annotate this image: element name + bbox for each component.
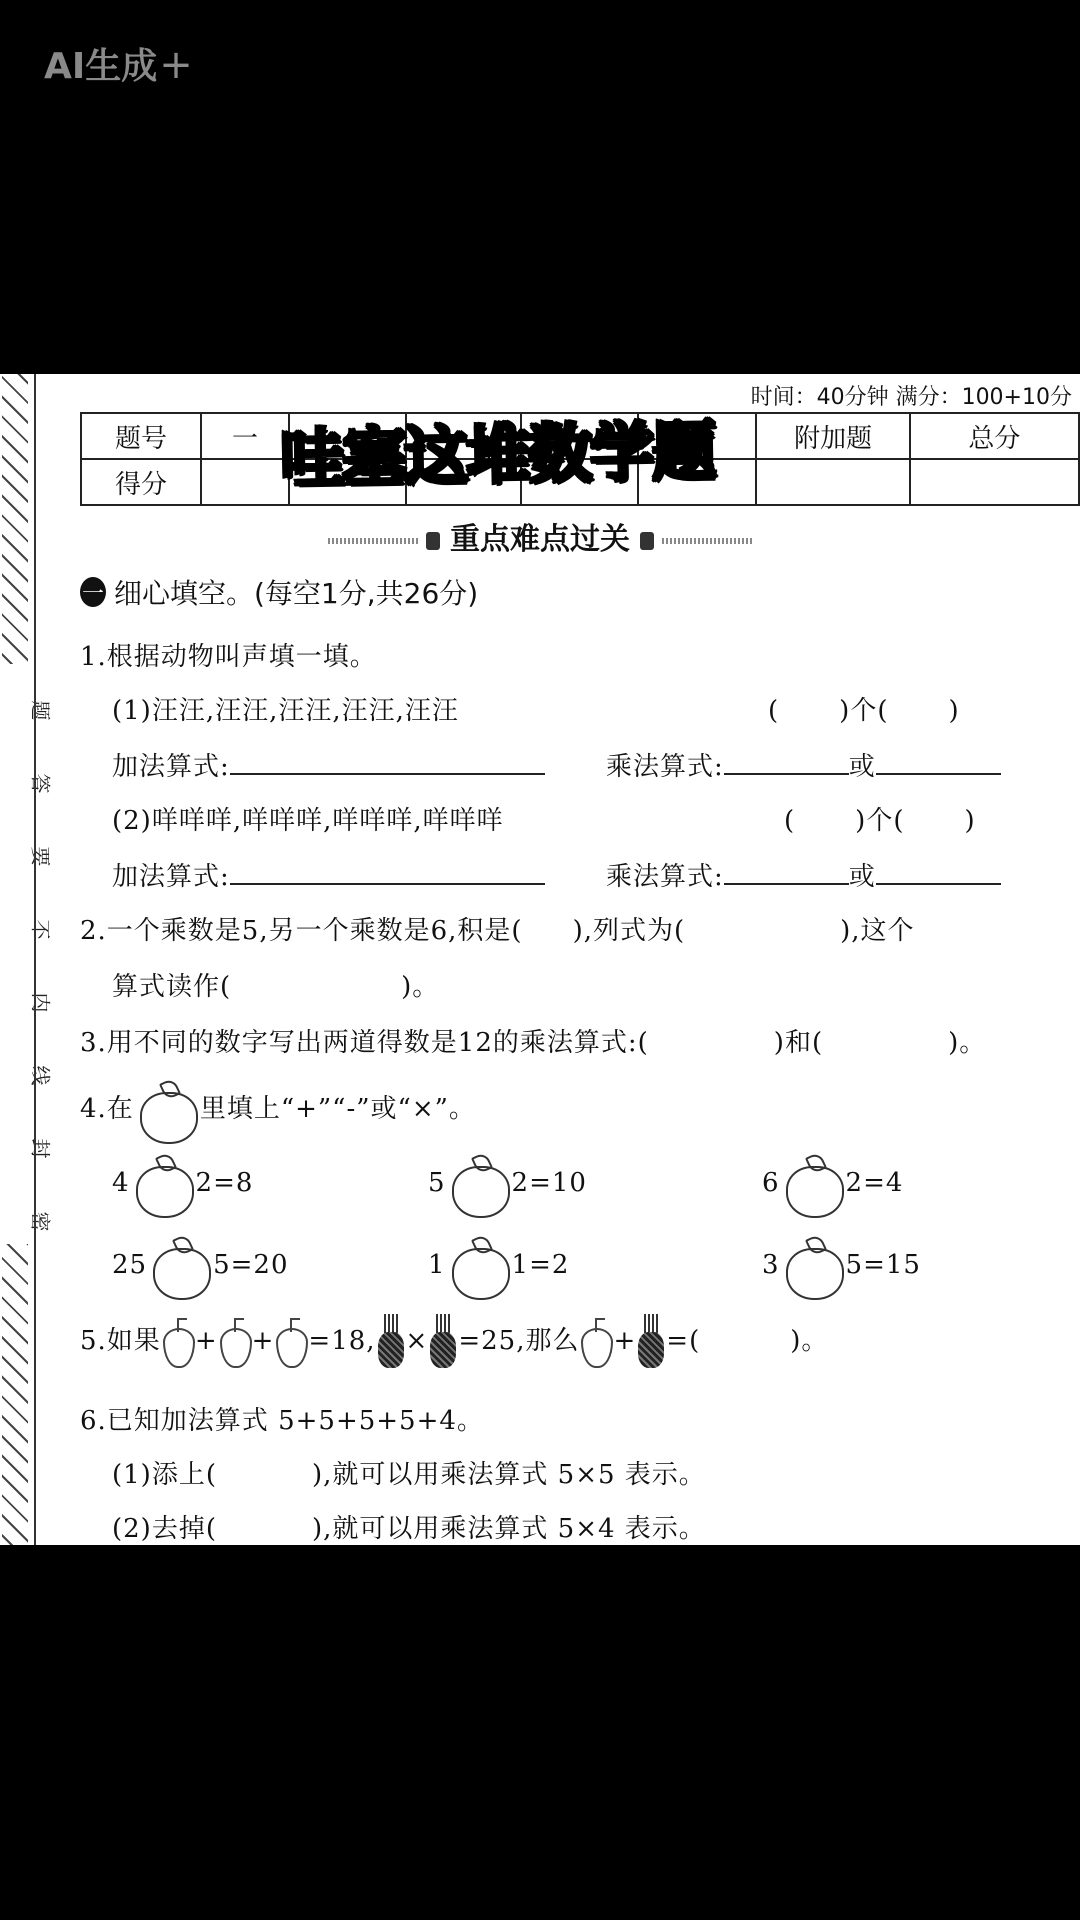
q4-item: 255=20 xyxy=(112,1236,289,1296)
score-cell[interactable] xyxy=(201,459,289,505)
part-number-badge: 一 xyxy=(80,577,106,607)
seal-char: 线 xyxy=(0,1064,53,1088)
q4-item: 62=4 xyxy=(762,1154,903,1214)
question-6-stem: 6.已知加法算式 5+5+5+5+4。 xyxy=(80,1400,484,1437)
seal-char: 答 xyxy=(0,772,53,796)
q1-sub1-answer-group: ()个() xyxy=(768,690,960,727)
multiplication-answer-line[interactable] xyxy=(724,861,849,885)
q1-sub1-multiplication-row: 乘法算式:或 xyxy=(606,746,1001,783)
q2-text: 2.一个乘数是5,另一个乘数是6,积是( xyxy=(80,916,523,946)
seal-char: 不 xyxy=(0,918,53,942)
operand: 2=8 xyxy=(196,1168,254,1198)
seal-char: 题 xyxy=(0,699,53,723)
q4-item: 52=10 xyxy=(428,1154,587,1214)
q2-text: 算式读作( xyxy=(112,972,231,1002)
q3-text: )和( xyxy=(774,1028,823,1058)
multiplication-answer-line[interactable] xyxy=(724,751,849,775)
hatch-decoration xyxy=(2,1244,28,1545)
operand: 25 xyxy=(112,1250,147,1280)
operand: 2=10 xyxy=(512,1168,587,1198)
seal-char: 要 xyxy=(0,845,53,869)
part-heading: 一 细心填空。(每空1分,共26分) xyxy=(80,572,478,612)
pear-icon xyxy=(218,1318,252,1366)
or-label: 或 xyxy=(849,862,876,892)
q4-item: 42=8 xyxy=(112,1154,253,1214)
addition-label: 加法算式: xyxy=(112,862,230,892)
section-banner: 重点难点过关 xyxy=(0,514,1080,558)
score-cell[interactable] xyxy=(910,459,1079,505)
ai-generated-badge: AI生成+ xyxy=(44,38,193,89)
multiplication-answer-line[interactable] xyxy=(876,861,1001,885)
q4-item: 11=2 xyxy=(428,1236,569,1296)
addition-answer-line[interactable] xyxy=(230,861,545,885)
q6-text: ),就可以用乘法算式 5×5 表示。 xyxy=(312,1460,706,1490)
question-1-stem: 1.根据动物叫声填一填。 xyxy=(80,636,377,673)
or-label: 或 xyxy=(849,752,876,782)
section-title: 重点难点过关 xyxy=(450,522,630,557)
exam-paper: 题 答 要 不 内 线 封 密 时间：40分钟 满分：100+10分 题号 一 … xyxy=(0,374,1080,1545)
seal-line-text: 题 答 要 不 内 线 封 密 xyxy=(4,674,28,1258)
addition-label: 加法算式: xyxy=(112,752,230,782)
gear-ornament-icon xyxy=(640,532,654,550)
apple-answer-slot[interactable] xyxy=(450,1236,508,1296)
operand: 4 xyxy=(112,1168,130,1198)
q1-sub2-answer-group: ()个() xyxy=(784,800,976,837)
q4-text: 4.在 xyxy=(80,1094,134,1124)
column-header: 附加题 xyxy=(756,413,909,459)
sparkle-icon: + xyxy=(159,42,193,88)
q2-text: ),这个 xyxy=(840,916,914,946)
q6-text: (2)去掉( xyxy=(112,1514,217,1544)
operand: 1=2 xyxy=(512,1250,570,1280)
q1-sub2-addition-row: 加法算式: xyxy=(112,856,545,893)
apple-answer-slot[interactable] xyxy=(450,1154,508,1214)
apple-answer-slot[interactable] xyxy=(784,1236,842,1296)
pear-icon xyxy=(274,1318,308,1366)
column-header: 一 xyxy=(201,413,289,459)
multiplication-answer-line[interactable] xyxy=(876,751,1001,775)
pear-icon xyxy=(161,1318,195,1366)
q4-text: 里填上“+”“-”或“×”。 xyxy=(200,1094,476,1124)
badge-label: AI生成 xyxy=(44,46,157,87)
score-cell[interactable] xyxy=(756,459,909,505)
q5-text: =18, xyxy=(308,1326,375,1356)
dotted-line-decoration xyxy=(328,538,418,544)
operand: 3 xyxy=(762,1250,780,1280)
q2-text: )。 xyxy=(401,972,439,1002)
multiplication-label: 乘法算式: xyxy=(606,752,724,782)
operand: 6 xyxy=(762,1168,780,1198)
apple-answer-slot[interactable] xyxy=(784,1154,842,1214)
row-header: 得分 xyxy=(81,459,201,505)
apple-answer-slot[interactable] xyxy=(151,1236,209,1296)
column-header: 总分 xyxy=(910,413,1079,459)
q5-text: =25,那么 xyxy=(458,1326,579,1356)
apple-answer-slot[interactable] xyxy=(134,1154,192,1214)
q1-sub1-addition-row: 加法算式: xyxy=(112,746,545,783)
dotted-line-decoration xyxy=(662,538,752,544)
pineapple-icon xyxy=(636,1314,666,1370)
question-2-line1: 2.一个乘数是5,另一个乘数是6,积是(),列式为(),这个 xyxy=(80,910,915,947)
addition-answer-line[interactable] xyxy=(230,751,545,775)
apple-icon xyxy=(138,1080,196,1140)
question-4-stem: 4.在里填上“+”“-”或“×”。 xyxy=(80,1080,476,1140)
seal-char: 密 xyxy=(0,1210,53,1234)
exam-meta: 时间：40分钟 满分：100+10分 xyxy=(751,380,1072,411)
question-6-sub2: (2)去掉(),就可以用乘法算式 5×4 表示。 xyxy=(112,1508,706,1545)
q5-text: )。 xyxy=(790,1326,828,1356)
question-2-line2: 算式读作()。 xyxy=(112,966,439,1003)
seal-char: 内 xyxy=(0,991,53,1015)
plus-sign: + xyxy=(252,1326,275,1356)
pear-icon xyxy=(579,1318,613,1366)
q1-sub2-multiplication-row: 乘法算式:或 xyxy=(606,856,1001,893)
group-suffix: 个 xyxy=(866,806,893,836)
q4-item: 35=15 xyxy=(762,1236,921,1296)
multiplication-label: 乘法算式: xyxy=(606,862,724,892)
operand: 5=20 xyxy=(213,1250,288,1280)
question-1-sub2: (2)咩咩咩,咩咩咩,咩咩咩,咩咩咩 xyxy=(112,800,504,837)
row-header: 题号 xyxy=(81,413,201,459)
operand: 2=4 xyxy=(846,1168,904,1198)
question-6-sub1: (1)添上(),就可以用乘法算式 5×5 表示。 xyxy=(112,1454,706,1491)
q2-text: ),列式为( xyxy=(573,916,686,946)
letterbox-bottom xyxy=(0,1545,1080,1920)
plus-sign: + xyxy=(613,1326,636,1356)
pineapple-icon xyxy=(376,1314,406,1370)
gear-ornament-icon xyxy=(426,532,440,550)
plus-sign: + xyxy=(195,1326,218,1356)
q5-text: =( xyxy=(666,1326,700,1356)
pineapple-icon xyxy=(428,1314,458,1370)
overlay-title: 哇塞这堆数学题 xyxy=(279,400,715,500)
seal-char: 封 xyxy=(0,1137,53,1161)
operand: 5 xyxy=(428,1168,446,1198)
question-5: 5.如果++=18,×=25,那么+=()。 xyxy=(80,1314,828,1370)
q6-text: ),就可以用乘法算式 5×4 表示。 xyxy=(312,1514,706,1544)
question-1-sub1: (1)汪汪,汪汪,汪汪,汪汪,汪汪 xyxy=(112,690,459,727)
operand: 1 xyxy=(428,1250,446,1280)
q3-text: )。 xyxy=(948,1028,986,1058)
times-sign: × xyxy=(406,1326,429,1356)
q3-text: 3.用不同的数字写出两道得数是12的乘法算式:( xyxy=(80,1028,649,1058)
question-3: 3.用不同的数字写出两道得数是12的乘法算式:()和()。 xyxy=(80,1022,986,1059)
q5-text: 5.如果 xyxy=(80,1326,161,1356)
group-suffix: 个 xyxy=(850,696,877,726)
operand: 5=15 xyxy=(846,1250,921,1280)
part-title: 细心填空。(每空1分,共26分) xyxy=(114,572,478,612)
q6-text: (1)添上( xyxy=(112,1460,217,1490)
